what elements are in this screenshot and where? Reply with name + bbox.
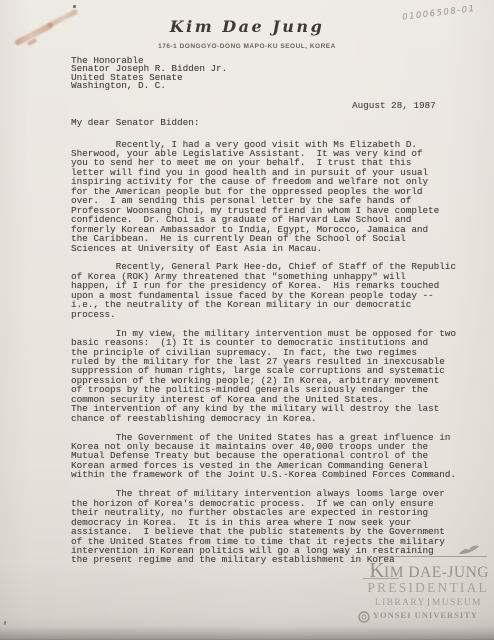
salutation: My dear Senator Bidden: xyxy=(71,118,486,127)
watermark-university: YONSEI UNIVERSITY xyxy=(358,610,478,623)
letter-text: Recently, I had a very good visit with M… xyxy=(71,140,486,565)
watermark-university-label: YONSEI UNIVERSITY xyxy=(373,610,478,620)
watermark-library: LIBRARY xyxy=(375,598,426,608)
watermark-library-museum: LIBRARYMUSEUM xyxy=(375,598,482,608)
recipient-address: The HonorableSenator Joseph R. Bidden Jr… xyxy=(71,57,486,91)
letter-text-line: i.e., the neutrality of the Korean milit… xyxy=(71,300,486,309)
letterhead-address: 176-1 DONGGYO-DONG MAPO-KU SEOUL, KOREA xyxy=(0,43,494,50)
scan-speck xyxy=(4,621,7,625)
letter-date: August 28, 1987 xyxy=(71,101,486,110)
watermark-museum: MUSEUM xyxy=(432,598,482,608)
letterhead-name: Kim Dae Jung xyxy=(0,17,494,36)
divider xyxy=(428,598,429,606)
letter-text-line: the present regime and the military esta… xyxy=(71,555,486,564)
recipient-line: Washington, D. C. xyxy=(71,82,486,90)
watermark-presidential: PRESIDENTIAL xyxy=(367,580,489,596)
scan-speck xyxy=(73,5,76,8)
letter-text-line: process. xyxy=(71,310,486,319)
scan-shadow xyxy=(0,626,494,640)
yonsei-emblem-icon xyxy=(358,611,370,623)
letter-body: The HonorableSenator Joseph R. Bidden Jr… xyxy=(71,57,486,565)
letter-text-line: Sciences at University of East Asia in M… xyxy=(71,244,486,253)
watermark-logo-stroke xyxy=(363,578,399,579)
letter-page: 01006508-01 Kim Dae Jung 176-1 DONGGYO-D… xyxy=(0,0,494,640)
letter-text-line: chance of reestablishing democracy in Ko… xyxy=(71,414,486,423)
letter-text-line: within the framework of the Joint U.S.-K… xyxy=(71,470,486,479)
